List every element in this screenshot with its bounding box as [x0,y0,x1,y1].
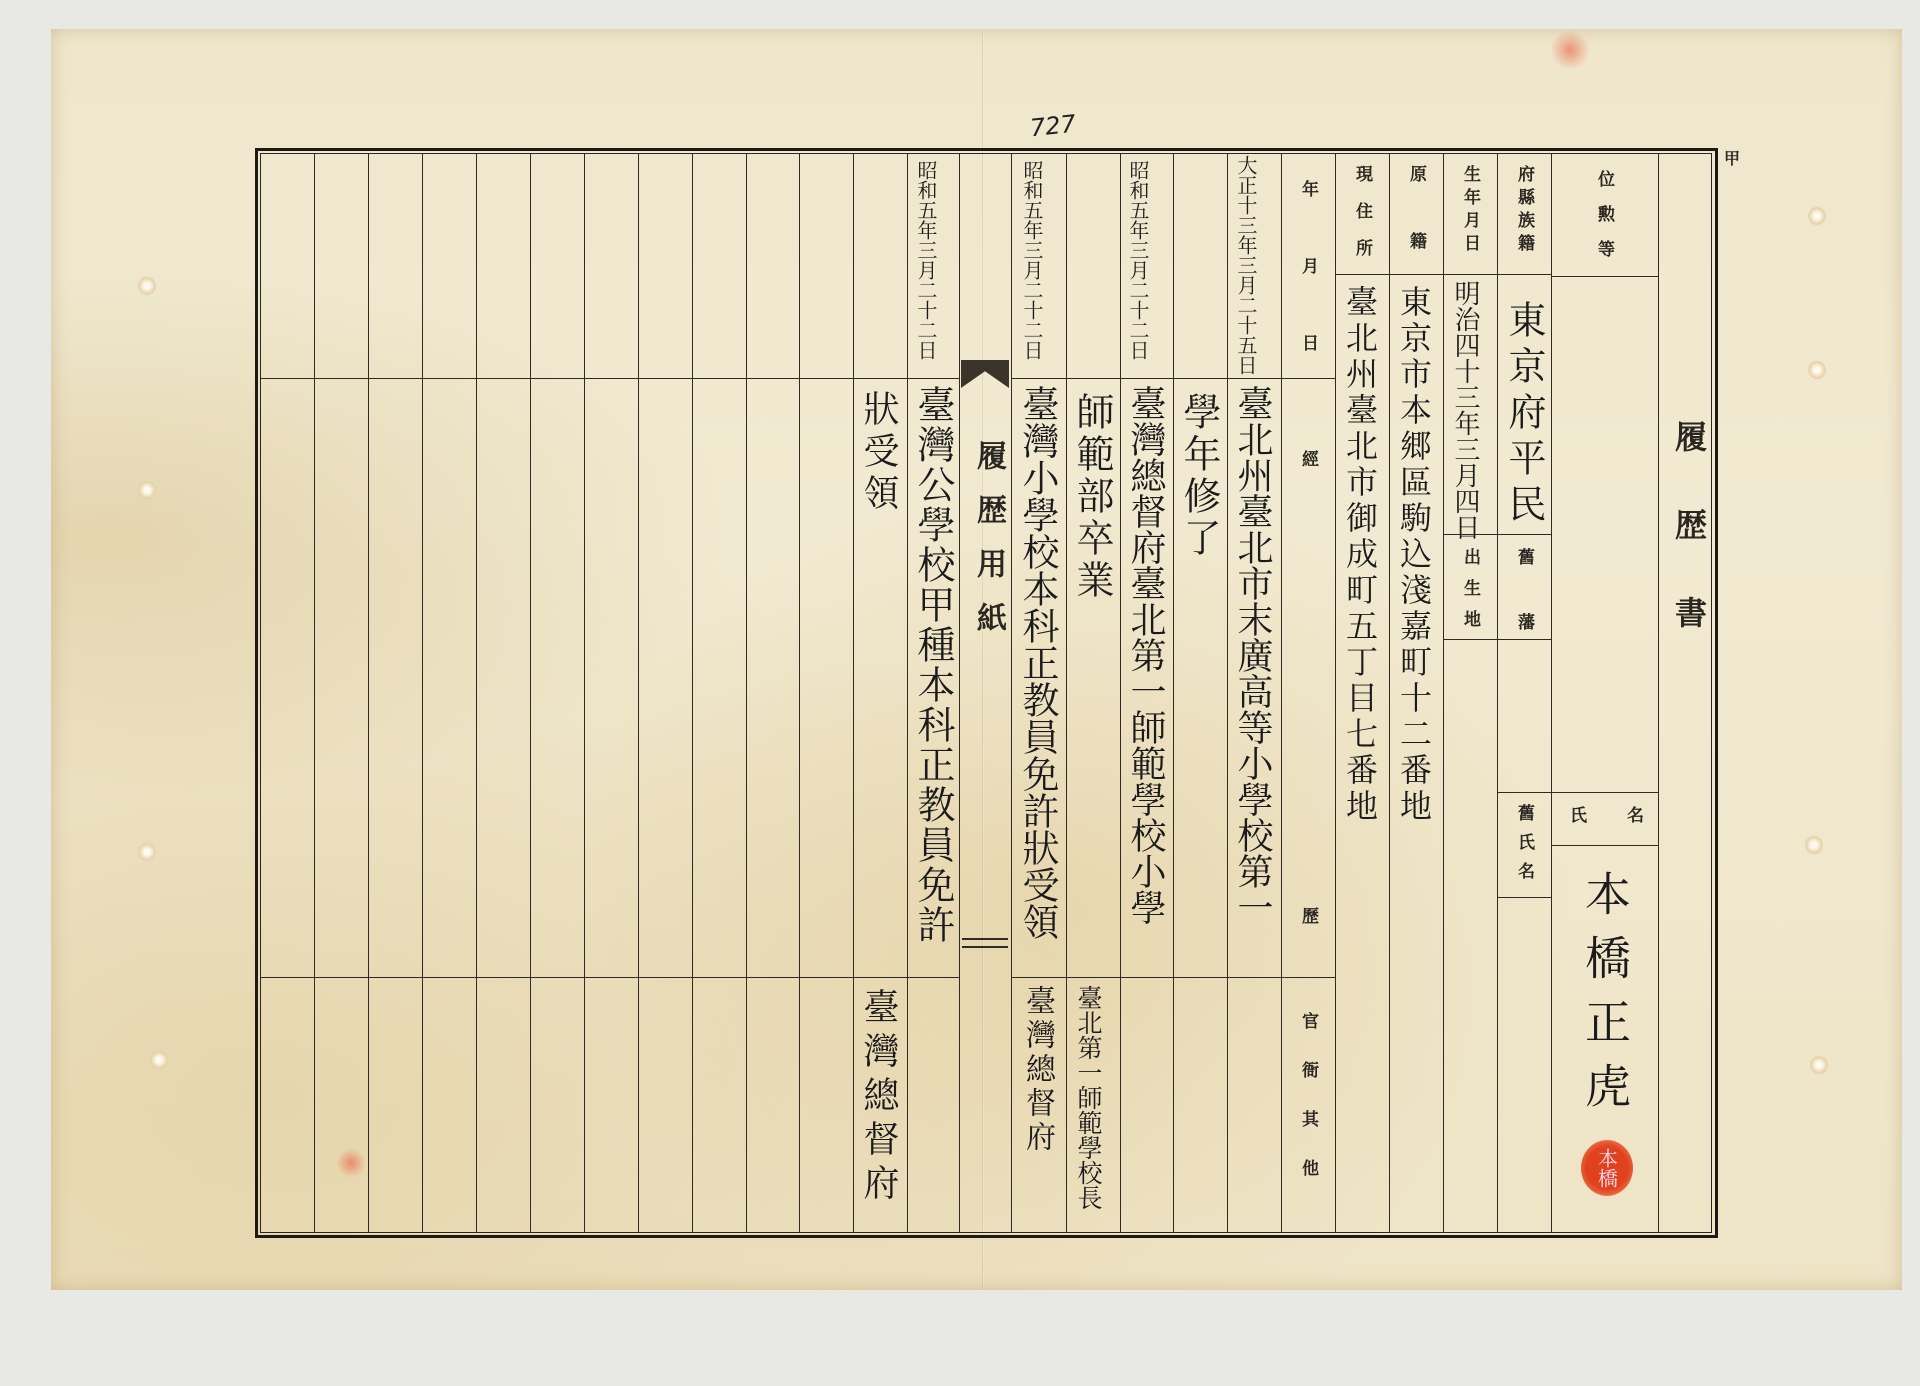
column-rule [1011,153,1012,1233]
binding-hole-icon [1808,360,1826,380]
binding-hole-icon [150,1050,168,1070]
value-prefecture-class: 東京府平民 [1505,300,1543,530]
column-rule [476,153,477,1233]
label-office: 官衙其他 [1299,1012,1316,1208]
binding-hole-icon [138,480,156,500]
label-prefecture-class: 府縣族籍 [1515,165,1532,257]
column-rule [853,153,854,1233]
form-title: 履歴書 [1666,420,1712,684]
label-birth-date: 生年月日 [1461,165,1478,257]
column-rule [368,153,369,1233]
history-4-line-2: 狀受領 [860,390,896,516]
column-rule [799,153,800,1233]
row-rule [1551,845,1658,846]
history-3-office: 臺灣總督府 [1022,985,1052,1155]
label-domicile: 原籍 [1407,165,1424,299]
double-rule [962,946,1008,948]
form-mark: 甲 [1724,146,1740,169]
label-history-date: 年月日 [1299,180,1316,411]
column-rule [1173,153,1174,1233]
history-2-line-1: 臺灣總督府臺北第一師範學校小學 [1127,385,1163,925]
binding-hole-icon [1805,835,1823,855]
red-ink-smudge [1550,30,1590,70]
column-rule [1120,153,1121,1233]
value-birth-date: 明治四十三年三月四日 [1452,280,1478,540]
row-rule [260,378,959,379]
row-rule [1497,897,1551,898]
row-rule [1551,276,1658,277]
value-name: 本橋正虎 [1582,870,1628,1126]
column-rule [1443,153,1444,1233]
column-rule [907,153,908,1233]
column-rule [692,153,693,1233]
binding-hole-icon [1808,206,1826,226]
label-name: 氏名 [1570,808,1684,825]
column-rule [1066,153,1067,1233]
value-domicile: 東京市本郷區駒込淺嘉町十二番地 [1398,285,1430,825]
label-address: 現住所 [1353,165,1370,276]
column-rule [1497,153,1498,1233]
column-rule [314,153,315,1233]
history-3-line-1: 臺灣小學校本科正教員免許狀受領 [1019,385,1056,940]
row-rule [260,977,959,978]
column-rule [959,153,960,1233]
row-rule [1011,977,1335,978]
history-2-date: 昭和五年三月二十二日 [1128,160,1148,360]
history-2-line-2: 師範部卒業 [1073,392,1111,602]
personal-seal-icon: 本橋 [1581,1140,1633,1196]
column-rule [1335,153,1336,1233]
column-rule [638,153,639,1233]
label-birthplace: 出生地 [1461,548,1478,641]
row-rule [1497,792,1658,793]
column-rule [1551,153,1552,1233]
paper-label: 履歴用紙 [966,440,1010,656]
column-rule [746,153,747,1233]
history-2-office: 臺北第一師範學校長 [1076,985,1101,1210]
column-rule [1281,153,1282,1233]
column-rule [1227,153,1228,1233]
value-address: 臺北州臺北市御成町五丁目七番地 [1344,285,1376,825]
history-3-date: 昭和五年三月二十二日 [1022,160,1042,360]
binding-hole-icon [1810,1055,1828,1075]
column-rule [422,153,423,1233]
handwritten-number: 727 [1029,110,1077,143]
history-1-line-2: 學年修了 [1180,392,1218,560]
label-former-domain: 舊藩 [1515,548,1532,678]
history-1-date: 大正十三年三月二十五日 [1236,155,1256,375]
history-1-line-1: 臺北州臺北市末廣高等小學校第一 [1234,385,1270,925]
binding-hole-icon [138,842,156,862]
column-rule [584,153,585,1233]
row-rule [1011,378,1335,379]
label-rank: 位勲等 [1595,170,1612,275]
history-4-line-1: 臺灣公學校甲種本科正教員免許 [914,385,952,945]
history-4-office: 臺灣總督府 [860,988,896,1208]
label-history: 經歷 [1299,450,1316,1364]
column-rule [530,153,531,1233]
binding-hole-icon [138,276,156,296]
label-former-name: 舊氏名 [1515,804,1532,891]
form-frame-inner [260,153,1712,1233]
double-rule [962,938,1008,940]
history-4-date: 昭和五年三月二十二日 [916,160,936,360]
column-rule [1389,153,1390,1233]
column-rule [1658,153,1659,1233]
